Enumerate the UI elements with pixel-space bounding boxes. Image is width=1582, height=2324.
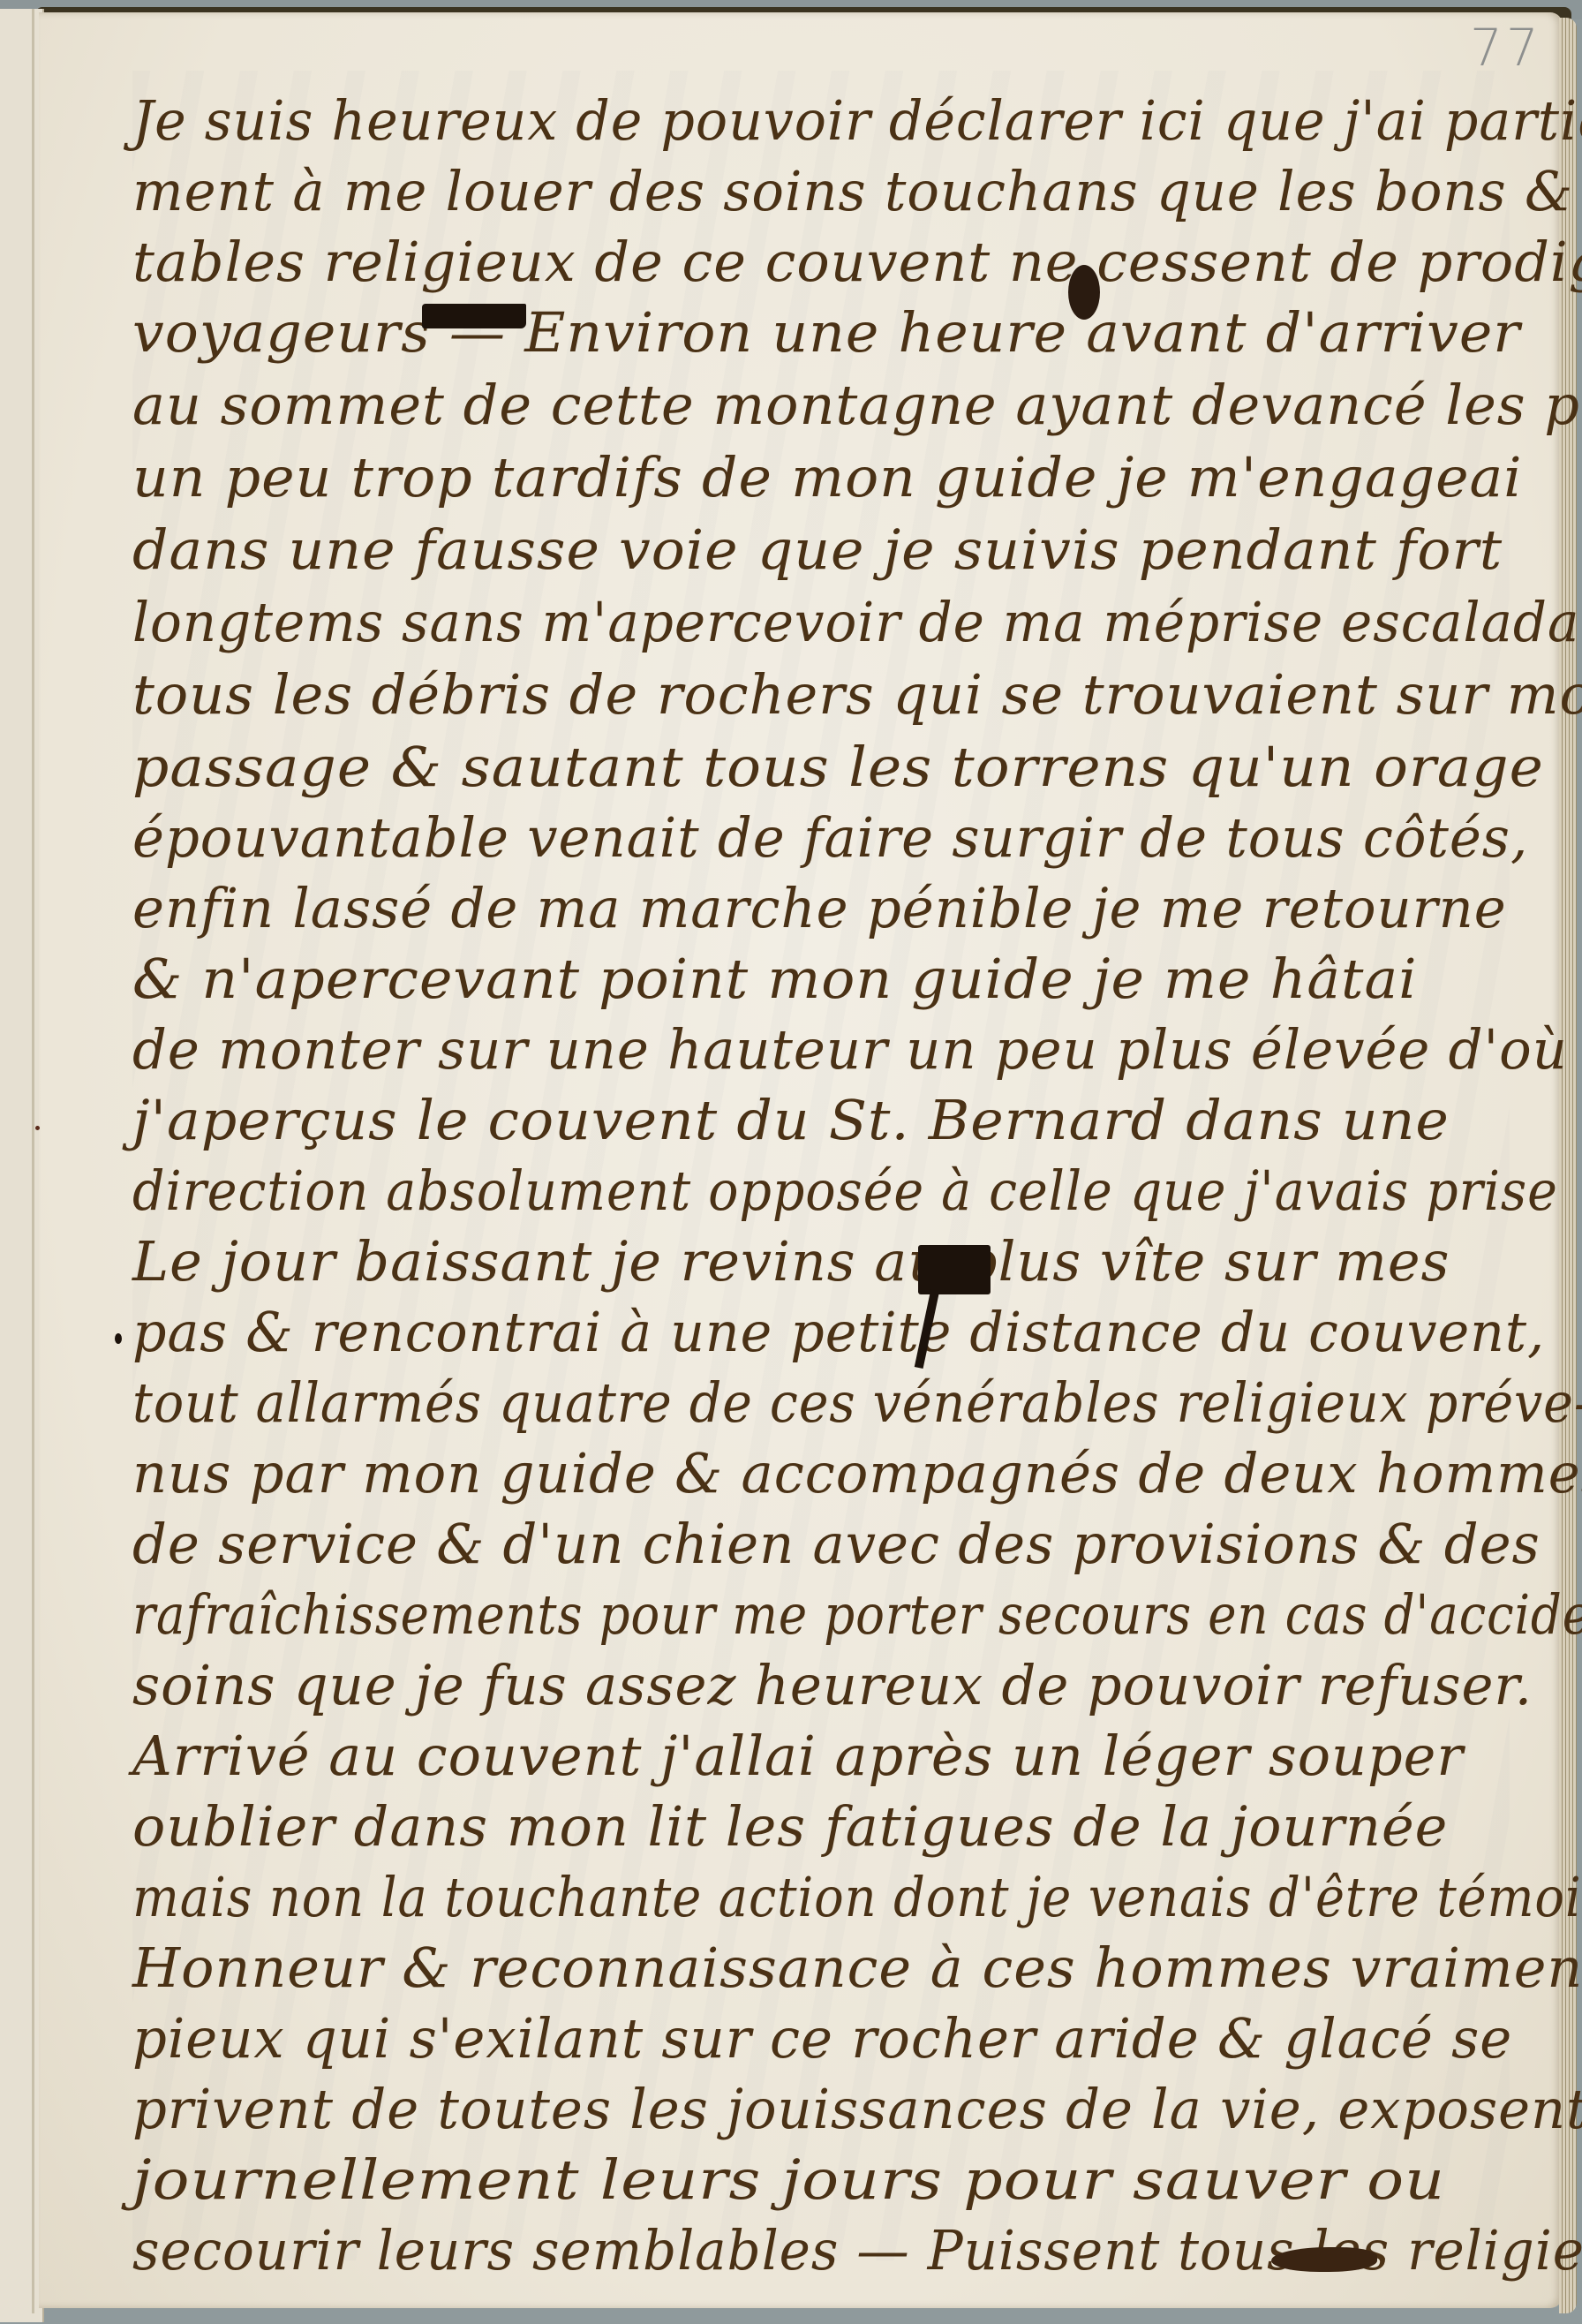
text-line: privent de toutes les jouissances de la … bbox=[132, 2077, 1582, 2141]
ink-smudge bbox=[1271, 2247, 1377, 2272]
text-line: rafraîchissements pour me porter secours… bbox=[132, 1582, 1582, 1647]
text-line: de monter sur une hauteur un peu plus él… bbox=[132, 1017, 1568, 1082]
ink-blot-bar bbox=[422, 304, 526, 328]
text-line: au sommet de cette montagne ayant devanc… bbox=[132, 373, 1582, 437]
folio-number: 77 bbox=[1470, 18, 1542, 78]
ink-blot-oval bbox=[1068, 265, 1100, 320]
text-line: journellement leurs jours pour sauver ou bbox=[132, 2147, 1445, 2212]
text-line: pas & rencontrai à une petite distance d… bbox=[132, 1300, 1545, 1364]
text-line: passage & sautant tous les torrens qu'un… bbox=[132, 735, 1544, 799]
text-line: oublier dans mon lit les fatigues de la … bbox=[132, 1794, 1448, 1859]
text-line: enfin lassé de ma marche pénible je me r… bbox=[132, 876, 1507, 940]
text-line: tables religieux de ce couvent ne cessen… bbox=[132, 230, 1582, 294]
text-line: mais non la touchante action dont je ven… bbox=[132, 1865, 1582, 1929]
text-line: un peu trop tardifs de mon guide je m'en… bbox=[132, 445, 1523, 509]
text-line: pieux qui s'exilant sur ce rocher aride … bbox=[132, 2006, 1512, 2071]
text-line: & n'apercevant point mon guide je me hât… bbox=[132, 947, 1417, 1011]
text-line: Je suis heureux de pouvoir déclarer ici … bbox=[132, 88, 1582, 153]
text-line: tous les débris de rochers qui se trouva… bbox=[132, 662, 1582, 727]
text-line: épouvantable venait de faire surgir de t… bbox=[132, 805, 1528, 870]
binding-gutter bbox=[32, 9, 34, 2313]
ink-blot-square bbox=[918, 1245, 991, 1294]
text-line: ment à me louer des soins touchans que l… bbox=[132, 159, 1582, 223]
text-line: direction absolument opposée à celle que… bbox=[132, 1158, 1558, 1223]
ink-dot bbox=[35, 1126, 40, 1130]
ink-dot bbox=[115, 1333, 122, 1344]
text-line: tout allarmés quatre de ces vénérables r… bbox=[132, 1370, 1582, 1435]
text-line: Le jour baissant je revins au plus vîte … bbox=[132, 1229, 1450, 1294]
facing-page-edge bbox=[0, 9, 44, 2322]
text-line: de service & d'un chien avec des provisi… bbox=[132, 1512, 1541, 1576]
text-line: longtems sans m'apercevoir de ma méprise… bbox=[132, 590, 1582, 654]
text-line: Arrivé au couvent j'allai après un léger… bbox=[132, 1724, 1464, 1788]
text-line: dans une fausse voie que je suivis penda… bbox=[132, 517, 1503, 582]
text-line: voyageurs — Environ une heure avant d'ar… bbox=[132, 300, 1521, 365]
text-line: Honneur & reconnaissance à ces hommes vr… bbox=[132, 1935, 1582, 2000]
text-line: nus par mon guide & accompagnés de deux … bbox=[132, 1441, 1582, 1505]
text-line: soins que je fus assez heureux de pouvoi… bbox=[132, 1653, 1533, 1717]
text-line: j'aperçus le couvent du St. Bernard dans… bbox=[132, 1088, 1450, 1152]
